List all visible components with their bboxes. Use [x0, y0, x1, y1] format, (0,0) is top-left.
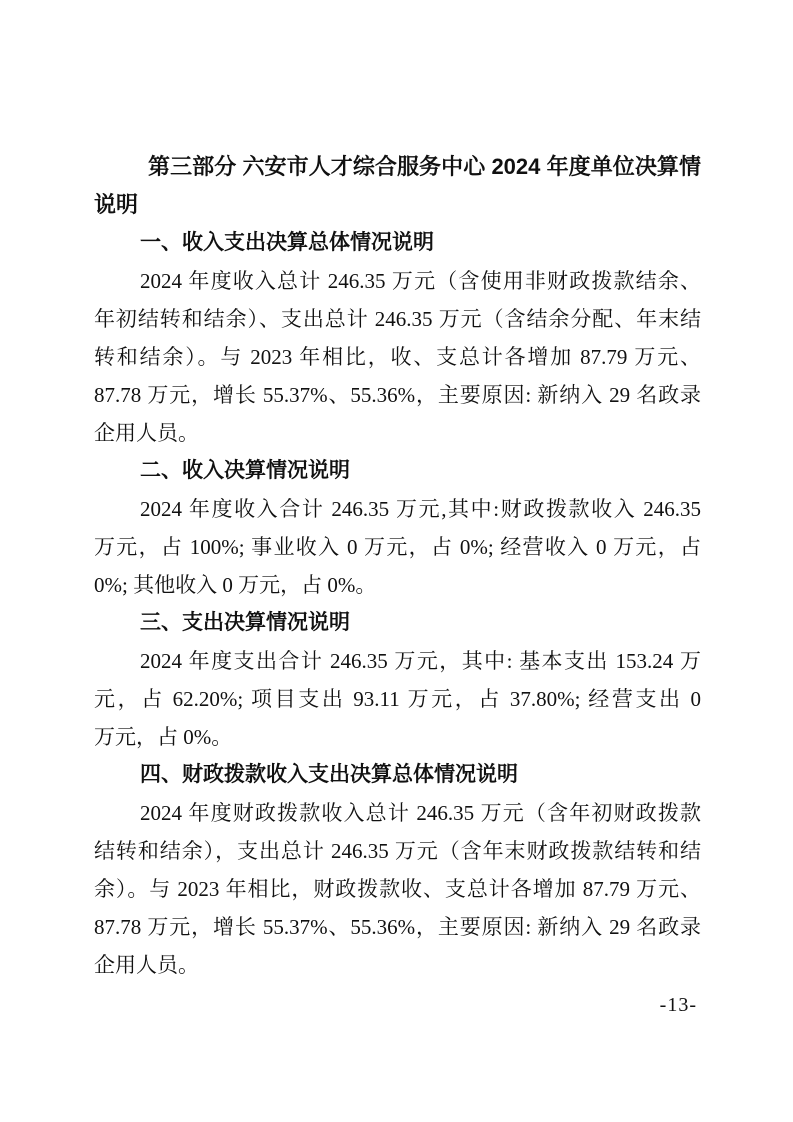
document-page: 第三部分 六安市人才综合服务中心 2024 年度单位决算情况说明一、收入支出决算…: [0, 0, 793, 1122]
text-line: 三、支出决算情况说明: [94, 604, 701, 642]
page-number: -13-: [660, 986, 697, 1024]
text-line: 2024 年度财政拨款收入总计 246.35 万元（含年初财政拨款: [94, 794, 701, 832]
document-content: 第三部分 六安市人才综合服务中心 2024 年度单位决算情况说明一、收入支出决算…: [94, 148, 701, 984]
text-line: 结转和结余），支出总计 246.35 万元（含年末财政拨款结转和结: [94, 832, 701, 870]
text-line: 87.78 万元，增长 55.37%、55.36%，主要原因: 新纳入 29 名…: [94, 376, 701, 414]
text-line: 四、财政拨款收入支出决算总体情况说明: [94, 756, 701, 794]
document-title: 第三部分 六安市人才综合服务中心 2024 年度单位决算情况说明: [94, 148, 701, 224]
text-line: 企用人员。: [94, 946, 701, 984]
text-line: 余）。与 2023 年相比，财政拨款收、支总计各增加 87.79 万元、: [94, 870, 701, 908]
text-line: 0%; 其他收入 0 万元，占 0%。: [94, 566, 701, 604]
text-line: 转和结余）。与 2023 年相比，收、支总计各增加 87.79 万元、: [94, 338, 701, 376]
text-line: 第三部分 六安市人才综合服务中心 2024 年度单位决算情况: [94, 148, 701, 186]
section-heading-2: 二、收入决算情况说明: [94, 452, 701, 490]
paragraph-4: 2024 年度财政拨款收入总计 246.35 万元（含年初财政拨款结转和结余），…: [94, 794, 701, 984]
section-heading-1: 一、收入支出决算总体情况说明: [94, 224, 701, 262]
section-heading-3: 三、支出决算情况说明: [94, 604, 701, 642]
paragraph-3: 2024 年度支出合计 246.35 万元，其中: 基本支出 153.24 万元…: [94, 642, 701, 756]
text-line: 2024 年度支出合计 246.35 万元，其中: 基本支出 153.24 万: [94, 642, 701, 680]
paragraph-2: 2024 年度收入合计 246.35 万元,其中:财政拨款收入 246.35万元…: [94, 490, 701, 604]
text-line: 87.78 万元，增长 55.37%、55.36%，主要原因: 新纳入 29 名…: [94, 908, 701, 946]
text-line: 2024 年度收入总计 246.35 万元（含使用非财政拨款结余、: [94, 262, 701, 300]
paragraph-1: 2024 年度收入总计 246.35 万元（含使用非财政拨款结余、年初结转和结余…: [94, 262, 701, 452]
text-line: 年初结转和结余）、支出总计 246.35 万元（含结余分配、年末结: [94, 300, 701, 338]
text-line: 一、收入支出决算总体情况说明: [94, 224, 701, 262]
text-line: 说明: [94, 186, 701, 224]
text-line: 企用人员。: [94, 414, 701, 452]
text-line: 元，占 62.20%; 项目支出 93.11 万元，占 37.80%; 经营支出…: [94, 680, 701, 718]
text-line: 万元，占 100%; 事业收入 0 万元，占 0%; 经营收入 0 万元，占: [94, 528, 701, 566]
text-line: 万元，占 0%。: [94, 718, 701, 756]
text-line: 2024 年度收入合计 246.35 万元,其中:财政拨款收入 246.35: [94, 490, 701, 528]
section-heading-4: 四、财政拨款收入支出决算总体情况说明: [94, 756, 701, 794]
text-line: 二、收入决算情况说明: [94, 452, 701, 490]
